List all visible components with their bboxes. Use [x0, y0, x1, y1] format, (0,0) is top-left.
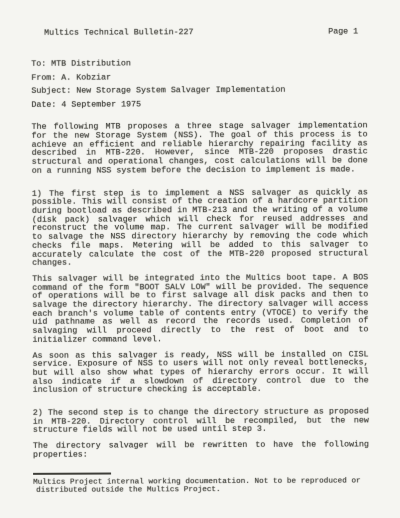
footer-disclaimer-line1: Multics Project internal working documen…	[33, 477, 361, 486]
body-paragraph-step2: 2) The second step is to change the dire…	[33, 408, 369, 436]
document-body: The following MTB proposes a three stage…	[32, 123, 369, 461]
body-paragraph-boot-tape: This salvager will be integrated into th…	[32, 274, 368, 345]
body-paragraph-intro: The following MTB proposes a three stage…	[32, 123, 368, 177]
memo-from-label: From:	[31, 73, 56, 82]
body-paragraph-step1: 1) The first step is to implement a NSS …	[32, 189, 368, 269]
footer-disclaimer-line2: distributed outside the Multics Project.	[33, 486, 381, 496]
memo-field-date: Date:4 September 1975	[31, 97, 372, 112]
memo-fields: To:MTB Distribution From:A. Kobziar Subj…	[31, 56, 372, 112]
scanned-document-page: Multics Technical Bulletin-227 Page 1 To…	[0, 0, 400, 518]
memo-date-label: Date:	[31, 101, 56, 110]
page-number: Page 1	[328, 27, 358, 36]
memo-field-from: From:A. Kobziar	[31, 70, 372, 85]
memo-from-value: A. Kobziar	[61, 73, 111, 82]
memo-to-label: To:	[31, 60, 46, 69]
footnote-divider	[33, 472, 111, 474]
memo-subject-value: New Storage System Salvager Implementati…	[76, 86, 285, 96]
document-header: Multics Technical Bulletin-227 Page 1	[31, 27, 372, 37]
body-paragraph-properties: The directory salvager will be rewritten…	[33, 442, 369, 461]
body-paragraph-installation: As soon as this salvager is ready, NSS w…	[33, 351, 369, 396]
bulletin-title: Multics Technical Bulletin-227	[44, 28, 193, 38]
memo-date-value: 4 September 1975	[61, 100, 141, 109]
memo-to-value: MTB Distribution	[51, 59, 131, 68]
memo-field-to: To:MTB Distribution	[31, 56, 372, 71]
memo-field-subject: Subject:New Storage System Salvager Impl…	[31, 84, 372, 99]
memo-subject-label: Subject:	[31, 87, 71, 96]
document-content: Multics Technical Bulletin-227 Page 1 To…	[0, 0, 400, 496]
footer-disclaimer: Multics Project internal working documen…	[33, 477, 381, 496]
